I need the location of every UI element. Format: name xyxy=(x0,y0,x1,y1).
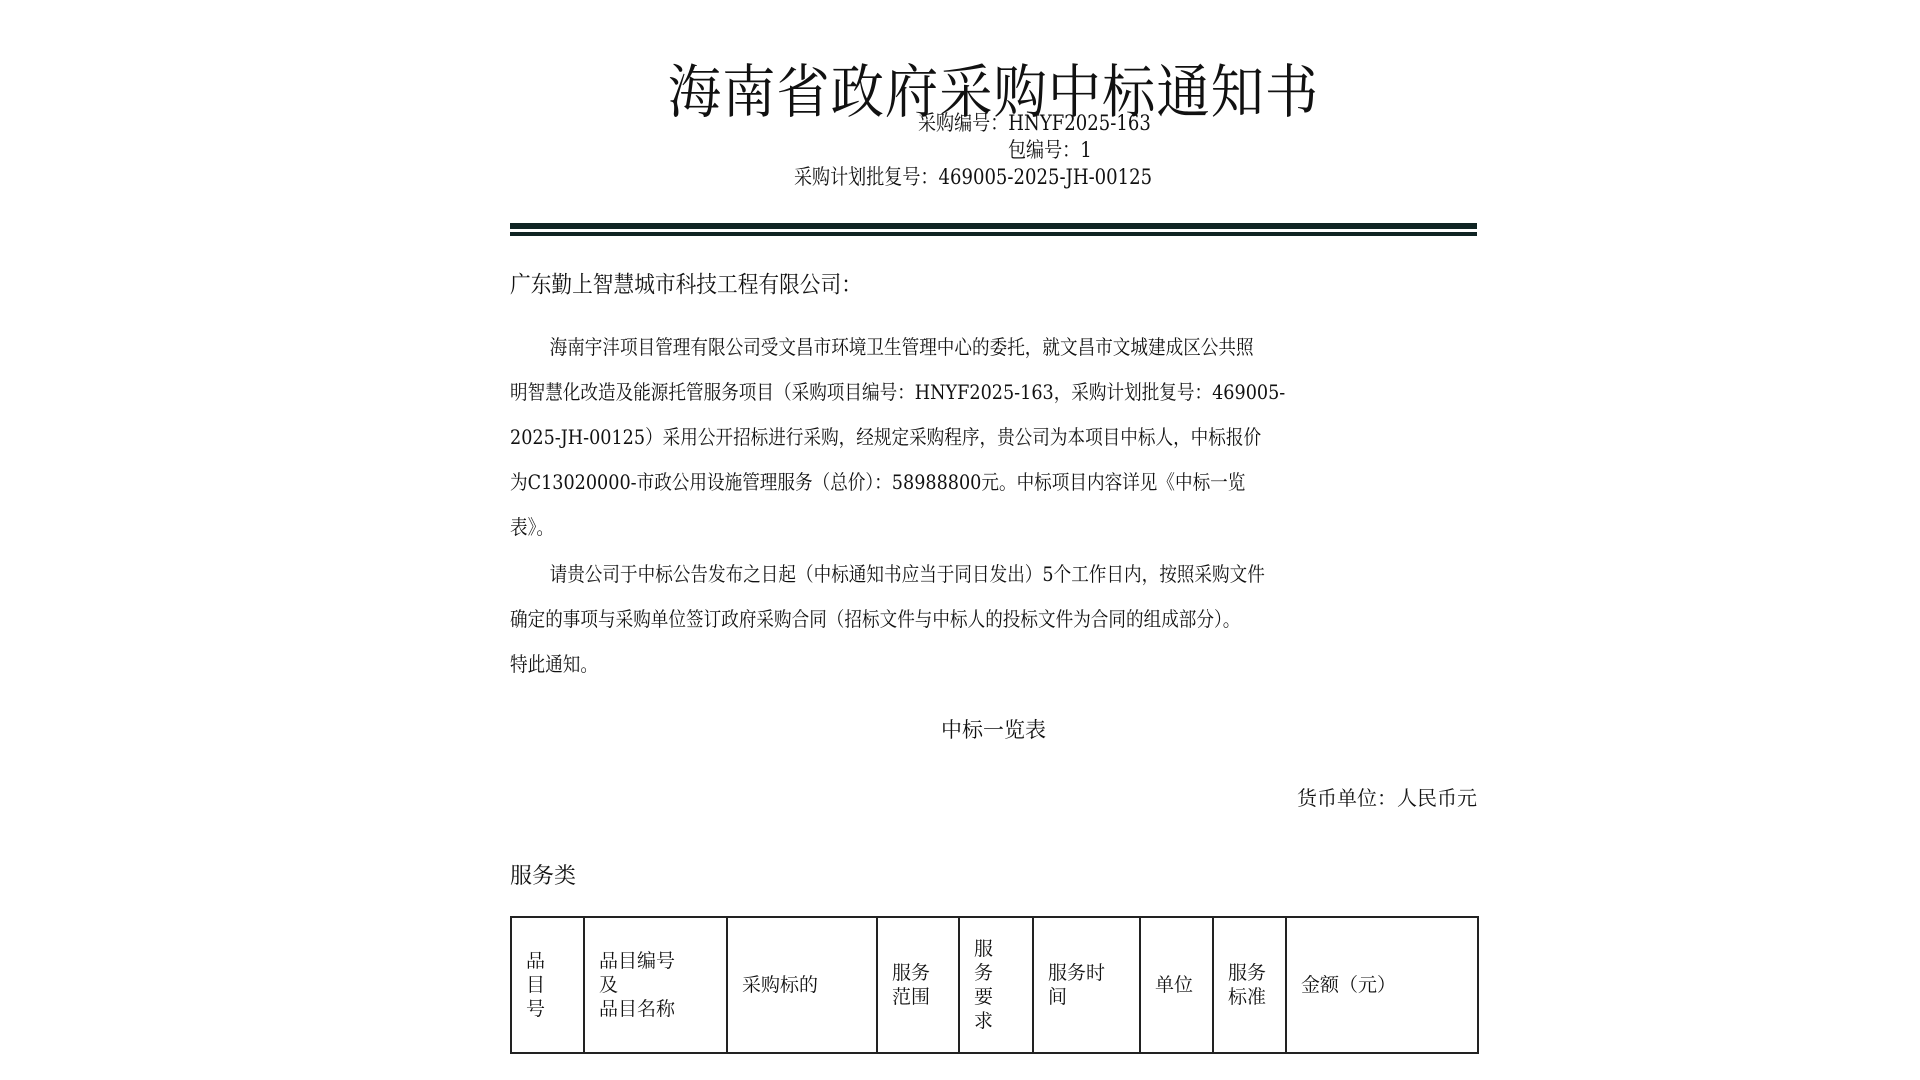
header-item-no: 品 目 号 xyxy=(511,917,584,1053)
award-summary-table: 品 目 号 品目编号 及 品目名称 采购标的 服务 范围 服 xyxy=(510,916,1479,1054)
header-divider-thin xyxy=(510,232,1477,236)
header-service-standard: 服务 标准 xyxy=(1213,917,1286,1053)
paragraph-line: 请贵公司于中标公告发布之日起（中标通知书应当于同日发出）5个工作日内，按照采购文… xyxy=(510,552,1361,597)
package-number: 包编号：1 xyxy=(1008,137,1092,163)
header-procurement-subject: 采购标的 xyxy=(727,917,877,1053)
paragraph-line: 表》。 xyxy=(510,505,1361,550)
summary-table-title: 中标一览表 xyxy=(510,716,1477,744)
body-paragraph-2: 请贵公司于中标公告发布之日起（中标通知书应当于同日发出）5个工作日内，按照采购文… xyxy=(510,552,1477,687)
paragraph-line: 为C13020000-市政公用设施管理服务（总价）：58988800元。中标项目… xyxy=(510,460,1361,505)
plan-approval-number: 采购计划批复号：469005-2025-JH-00125 xyxy=(794,164,1152,190)
procurement-number: 采购编号：HNYF2025-163 xyxy=(918,110,1151,136)
body-paragraph-1: 海南宇沣项目管理有限公司受文昌市环境卫生管理中心的委托，就文昌市文城建成区公共照… xyxy=(510,325,1477,550)
paragraph-line: 确定的事项与采购单位签订政府采购合同（招标文件与中标人的投标文件为合同的组成部分… xyxy=(510,597,1361,642)
header-divider-thick xyxy=(510,223,1477,229)
header-amount: 金额（元） xyxy=(1286,917,1478,1053)
award-notice-page: 海南省政府采购中标通知书 采购编号：HNYF2025-163 包编号：1 采购计… xyxy=(0,0,1920,1080)
paragraph-line: 2025-JH-00125）采用公开招标进行采购，经规定采购程序，贵公司为本项目… xyxy=(510,415,1361,460)
table-header-row: 品 目 号 品目编号 及 品目名称 采购标的 服务 范围 服 xyxy=(511,917,1478,1053)
currency-unit: 货币单位：人民币元 xyxy=(1297,785,1477,811)
paragraph-line: 明智慧化改造及能源托管服务项目（采购项目编号：HNYF2025-163，采购计划… xyxy=(510,370,1361,415)
header-unit: 单位 xyxy=(1140,917,1213,1053)
addressee: 广东勤上智慧城市科技工程有限公司： xyxy=(510,270,862,300)
header-service-time: 服务时 间 xyxy=(1033,917,1140,1053)
header-service-requirements: 服 务 要 求 xyxy=(959,917,1033,1053)
header-item-code-name: 品目编号 及 品目名称 xyxy=(584,917,727,1053)
paragraph-line: 海南宇沣项目管理有限公司受文昌市环境卫生管理中心的委托，就文昌市文城建成区公共照 xyxy=(510,325,1361,370)
category-label: 服务类 xyxy=(510,862,576,892)
header-service-scope: 服务 范围 xyxy=(877,917,959,1053)
closing-line: 特此通知。 xyxy=(510,642,1361,687)
